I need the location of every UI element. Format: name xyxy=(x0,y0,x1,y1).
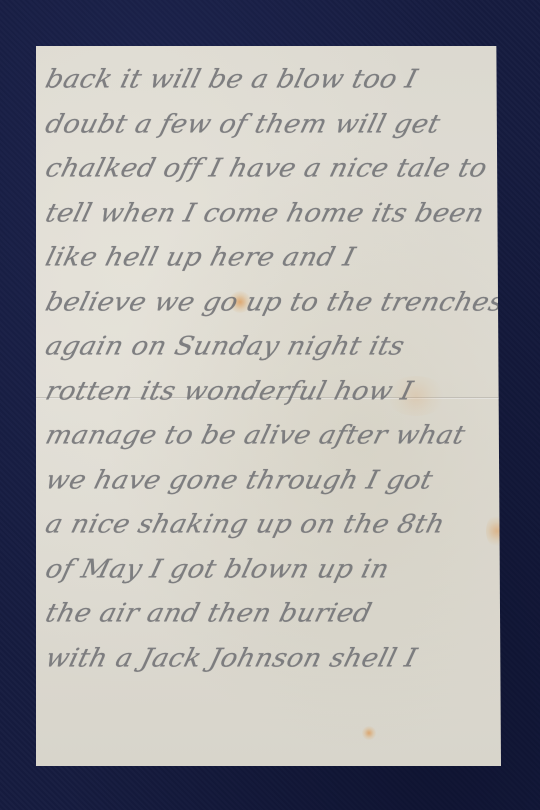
letter-line: believe we go up to the trenches xyxy=(35,282,501,324)
letter-page: back it will be a blow too I doubt a few… xyxy=(36,46,501,766)
letter-line: chalked off I have a nice tale to xyxy=(35,148,501,190)
letter-line: back it will be a blow too I xyxy=(35,59,501,101)
letter-line: again on Sunday night its xyxy=(35,326,501,368)
letter-line: a nice shaking up on the 8th xyxy=(35,504,501,546)
stain-spot xyxy=(362,726,376,740)
letter-line: the air and then buried xyxy=(35,593,501,635)
letter-line: doubt a few of them will get xyxy=(35,104,501,146)
letter-line: tell when I come home its been xyxy=(35,193,501,235)
letter-line: of May I got blown up in xyxy=(35,549,501,591)
letter-line: rotten its wonderful how I xyxy=(35,371,501,413)
letter-line: we have gone through I got xyxy=(35,460,501,502)
handwritten-text: back it will be a blow too I doubt a few… xyxy=(40,58,495,681)
letter-line: manage to be alive after what xyxy=(35,415,501,457)
letter-line: with a Jack Johnson shell I xyxy=(35,638,501,680)
letter-line: like hell up here and I xyxy=(35,237,501,279)
